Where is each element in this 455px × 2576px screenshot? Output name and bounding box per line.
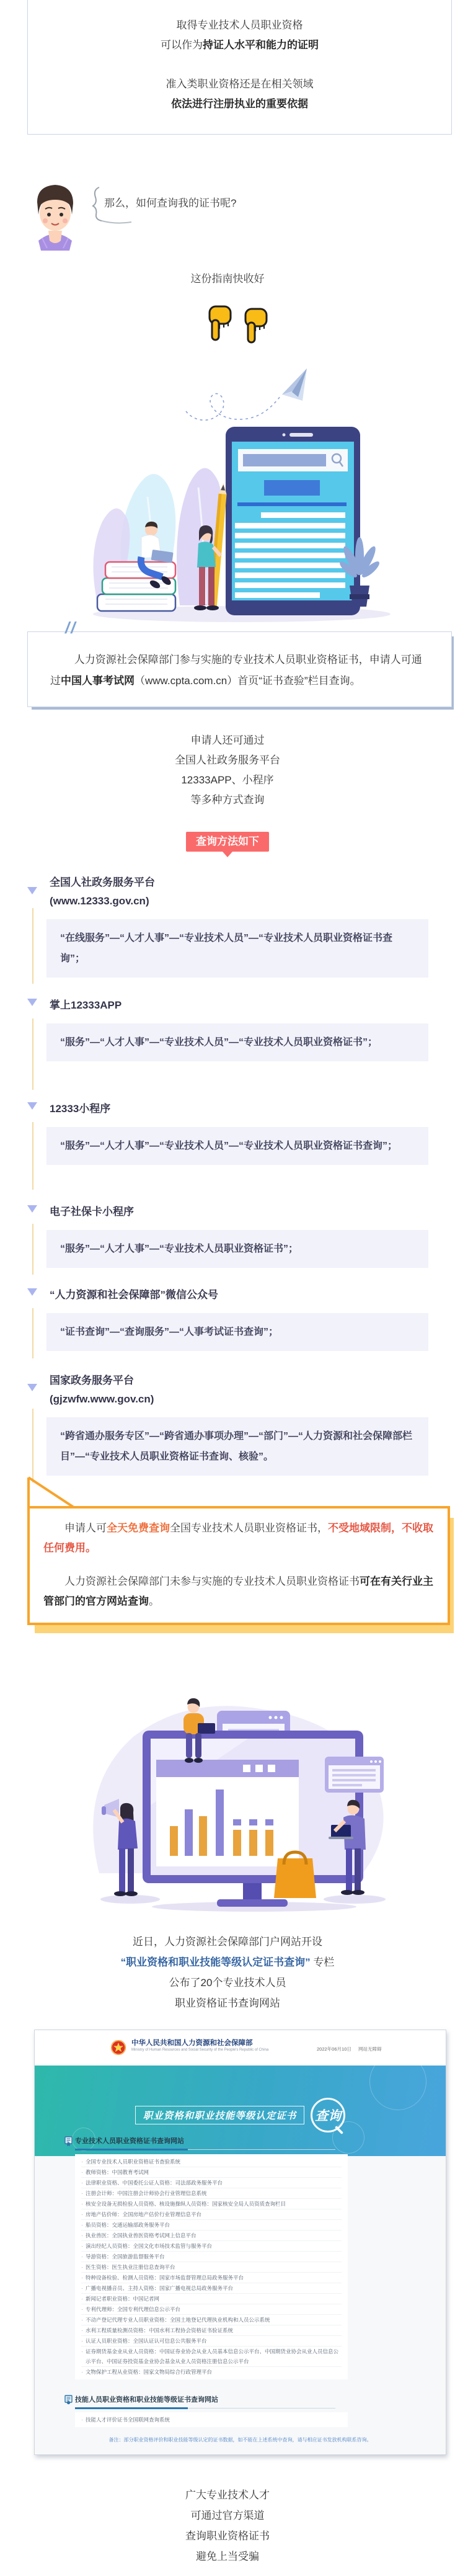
site-title: 中华人民共和国人力资源和社会保障部 <box>131 2039 280 2048</box>
triangle-marker-icon <box>27 1384 37 1391</box>
banner-query: 查询 <box>311 2098 345 2133</box>
intro-line-3: 准入类职业资格还是在相关领域 <box>28 74 451 94</box>
section1-title: 专业技术人员职业资格证书查询网站 <box>75 2137 184 2146</box>
intro-line-2: 可以作为持证人水平和能力的证明 <box>28 35 451 55</box>
site-list-item: 教师资格：中国教育考试网 <box>81 2167 342 2178</box>
shopping-bag <box>274 1852 316 1898</box>
method-item-3: 12333小程序 “服务”—“人才人事”—“专业技术人员”—“专业技术人员职业资… <box>27 1100 434 1165</box>
cpta-text: 人力资源社会保障部门参与实施的专业技术人员职业资格证书，申请人可通过中国人事考试… <box>50 649 429 692</box>
badge-tail <box>223 852 232 857</box>
magnifier-icon: 查询 <box>311 2098 345 2133</box>
news-line-3: 公布了20个专业技术人员 <box>0 1972 455 1993</box>
method-url: (www.12333.gov.cn) <box>50 892 434 911</box>
section1-underline <box>75 2149 335 2150</box>
method-item-6: 国家政务服务平台 (gjzwfw.www.gov.cn) “跨省通办服务专区”—… <box>27 1371 434 1476</box>
site-list-item: 专利代理师：全国专利代理信息公示平台 <box>81 2304 342 2315</box>
yellow-line <box>32 1224 33 1275</box>
paper-plane-icon <box>183 365 316 430</box>
site-list-item: 房地产估价师：全国房地产估价行业管理信息平台 <box>81 2209 342 2220</box>
method-path: “证书查询”—“查询服务”—“人事考试证书查询”； <box>46 1313 428 1351</box>
outro-line-3: 查询职业资格证书 <box>0 2526 455 2546</box>
triangle-marker-icon <box>27 1205 37 1213</box>
site-list-item: 水利工程质量检测员资格：中国水利工程协会资格证书验证系统 <box>81 2325 342 2336</box>
triangle-marker-icon <box>27 887 37 894</box>
small-browser-card <box>325 1757 384 1793</box>
site-subtitle: Ministry of Human Resources and Social S… <box>131 2048 268 2051</box>
question-text: 那么，如何查询我的证书呢? <box>104 194 236 213</box>
yellow-line <box>32 1018 33 1090</box>
intro-line-1: 取得专业技术人员职业资格 <box>28 16 451 35</box>
site-list-item: 技能人才评价证书全国联网查询系统 <box>81 2415 342 2425</box>
article-page: 取得专业技术人员职业资格 可以作为持证人水平和能力的证明 准入类职业资格还是在相… <box>0 0 455 2576</box>
free-query-callout: 申请人可全天免费查询全国专业技术人员职业资格证书，不受地域限制，不收取任何费用。… <box>27 1506 450 1625</box>
site-list-item: 特种设备检验、检测人员资格：国家市场监督管理总局政务服务平台 <box>81 2273 342 2283</box>
method-url: (gjzwfw.www.gov.cn) <box>50 1390 434 1409</box>
yellow-line <box>32 1409 33 1482</box>
section2-underline <box>75 2408 335 2409</box>
method-path: “服务”—“人才人事”—“专业技术人员职业资格证书”； <box>46 1230 428 1268</box>
site-note: 备注：部分职业资格评价和职业技能等级认定的证书数据，如不能在上述系统中查询，请与… <box>35 2436 446 2443</box>
yellow-line <box>32 1308 33 1358</box>
method-title: 掌上12333APP <box>50 996 434 1015</box>
callout-paragraph-2: 人力资源社会保障部门未参与实施的专业技术人员职业资格证书可在有关行业主管部门的官… <box>43 1572 434 1611</box>
method-title: 全国人社政务服务平台 <box>50 873 434 892</box>
method-title: 12333小程序 <box>50 1100 434 1118</box>
section2-title: 技能人员职业资格和职业技能等级证书查询网站 <box>75 2396 218 2404</box>
guide-text: 这份指南快收好 <box>0 269 455 289</box>
site-list-item: 新闻记者职业资格：中国记者网 <box>81 2294 342 2304</box>
method-title: 国家政务服务平台 <box>50 1371 434 1390</box>
method-item-5: “人力资源和社会保障部”微信公众号 “证书查询”—“查询服务”—“人事考试证书查… <box>27 1286 434 1351</box>
site-date: 2022年06月10日 <box>317 2046 351 2052</box>
outro-line-2: 可通过官方渠道 <box>0 2505 455 2526</box>
site-list-item: 核安全设备无损检验人员资格、核设施操纵人员资格：国家核安全局人员资质查询栏目 <box>81 2199 342 2209</box>
slashes-decoration: // <box>65 618 76 638</box>
method-title: 电子社保卡小程序 <box>50 1203 434 1221</box>
certificate-icon <box>64 2136 73 2146</box>
site-list-item: 船员资格：交通运输部政务服务平台 <box>81 2220 342 2231</box>
site-list-item: 演出经纪人员资格：全国文化市场技术监管与服务平台 <box>81 2241 342 2252</box>
site-list-item: 证券期货基金业从业人员资格：中国证券业协会从业人员基本信息公示平台、中国期货业协… <box>81 2346 342 2367</box>
method-title: “人力资源和社会保障部”微信公众号 <box>50 1286 434 1304</box>
site-list-item: 认证人员职业资格：全国认证认可信息公共服务平台 <box>81 2336 342 2346</box>
triangle-marker-icon <box>27 999 37 1006</box>
yellow-line <box>32 1122 33 1190</box>
china-national-emblem-icon <box>110 2039 126 2056</box>
site-list-item: 广播电视播音员、主持人资格：国家广播电视总局政务服务平台 <box>81 2283 342 2294</box>
methods-badge: 查询方法如下 <box>0 832 455 857</box>
pointing-down-hands-icon <box>206 304 273 345</box>
method-path: “服务”—“人才人事”—“专业技术人员”—“专业技术人员职业资格证书”； <box>46 1023 428 1061</box>
intro-line-4: 依法进行注册执业的重要依据 <box>28 94 451 114</box>
intro-box: 取得专业技术人员职业资格 可以作为持证人水平和能力的证明 准入类职业资格还是在相… <box>27 0 452 135</box>
method-path: “服务”—“人才人事”—“专业技术人员”—“专业技术人员职业资格证书查询”； <box>46 1127 428 1165</box>
site-list-item: 不动产登记代理专业人员职业资格：全国土地登记代理执业机构和人员公示系统 <box>81 2315 342 2325</box>
section2-list: 技能人才评价证书全国联网查询系统 <box>75 2412 348 2427</box>
also-line-1: 申请人还可通过 <box>0 731 455 751</box>
site-list-item: 法律职业资格、中国委托公证人资格：司法部政务服务平台 <box>81 2178 342 2188</box>
also-line-3: 12333APP、小程序 <box>0 770 455 790</box>
news-line-4: 职业资格证书查询网站 <box>0 1993 455 2013</box>
boy-avatar <box>30 179 81 251</box>
tablet-button <box>264 480 320 496</box>
site-list-item: 执业兽医：全国执业兽医资格考试网上信息平台 <box>81 2231 342 2241</box>
books-stack <box>97 562 175 611</box>
also-line-2: 全国人社政务服务平台 <box>0 751 455 770</box>
cpta-box: // 人力资源社会保障部门参与实施的专业技术人员职业资格证书，申请人可通过中国人… <box>27 631 452 707</box>
section1-list: 全国专业技术人员职业资格证书查验系统 教师资格：中国教育考试网 法律职业资格、中… <box>75 2154 348 2379</box>
method-path: “跨省通办服务专区”—“跨省通办事项办理”—“部门”—“人力资源和社会保障部栏目… <box>46 1417 428 1476</box>
mohrss-website-screenshot: 中华人民共和国人力资源和社会保障部 Ministry of Human Reso… <box>34 2030 446 2455</box>
chart-monitor-illustration <box>87 1669 403 1917</box>
news-line-2: “职业资格和职业技能等级认定证书查询” 专栏 <box>0 1952 455 1972</box>
outro-line-4: 避免上当受骗 <box>0 2546 455 2567</box>
method-item-2: 掌上12333APP “服务”—“人才人事”—“专业技术人员”—“专业技术人员职… <box>27 996 434 1061</box>
callout-paragraph-1: 申请人可全天免费查询全国专业技术人员职业资格证书，不受地域限制，不收取任何费用。 <box>43 1518 434 1558</box>
outro-line-1: 广大专业技术人才 <box>0 2485 455 2505</box>
site-list-item: 注册会计师：中国注册会计师协会行业管理信息系统 <box>81 2188 342 2199</box>
method-item-4: 电子社保卡小程序 “服务”—“人才人事”—“专业技术人员职业资格证书”； <box>27 1203 434 1268</box>
site-list-item: 全国专业技术人员职业资格证书查验系统 <box>81 2157 342 2167</box>
site-list-item: 医生资格：医生执业注册信息查询平台 <box>81 2262 342 2273</box>
method-item-1: 全国人社政务服务平台 (www.12333.gov.cn) “在线服务”—“人才… <box>27 873 434 978</box>
banner-title: 职业资格和职业技能等级认定证书 <box>135 2106 305 2124</box>
triangle-marker-icon <box>27 1102 37 1110</box>
method-path: “在线服务”—“人才人事”—“专业技术人员”—“专业技术人员职业资格证书查询”； <box>46 919 428 978</box>
yellow-line <box>32 908 33 984</box>
triangle-marker-icon <box>27 1288 37 1296</box>
site-header: 中华人民共和国人力资源和社会保障部 Ministry of Human Reso… <box>35 2030 446 2066</box>
tablet-illustration <box>87 426 403 633</box>
news-line-1: 近日，人力资源社会保障部门户网站开设 <box>0 1932 455 1952</box>
also-line-4: 等多种方式查询 <box>0 790 455 810</box>
site-list-item: 导游资格：全国旅游监督服务平台 <box>81 2252 342 2262</box>
certificate-icon <box>64 2395 73 2405</box>
site-accessibility-link: 网站无障碍 <box>358 2046 382 2052</box>
site-list-item: 文物保护工程从业资格：国家文物局综合行政管理平台 <box>81 2367 342 2377</box>
